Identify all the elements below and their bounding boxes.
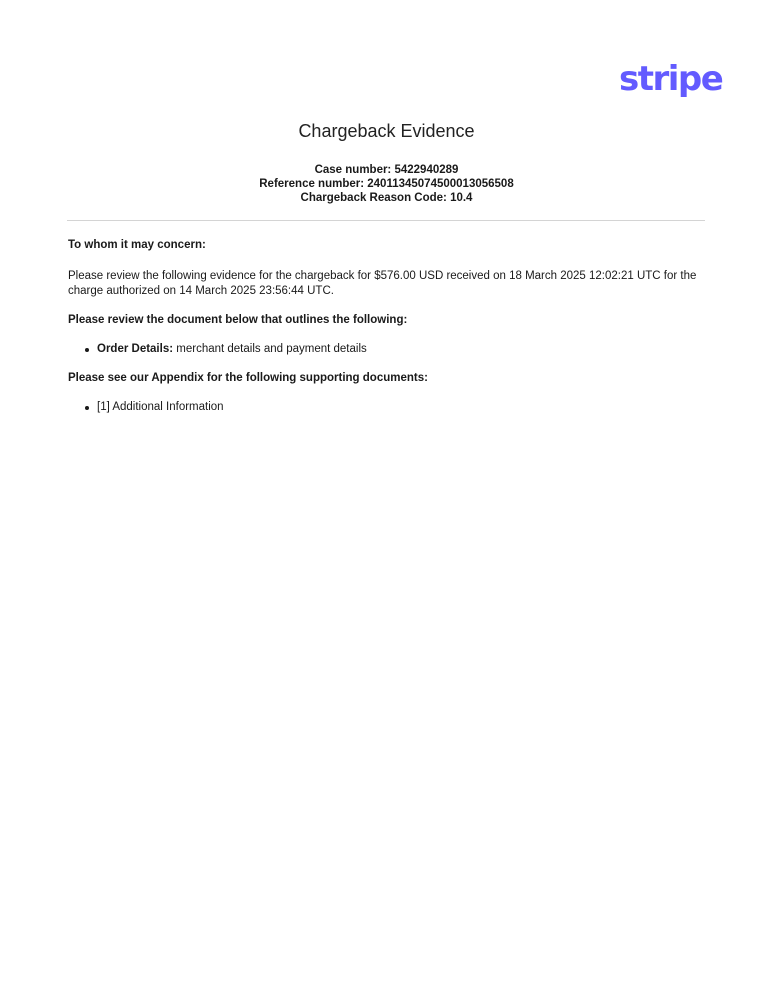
appendix-item-label: [1] Additional Information [97, 401, 224, 413]
appendix-list: [1] Additional Information [68, 400, 708, 415]
list-item-label: Order Details: [97, 343, 173, 355]
intro-paragraph: Please review the following evidence for… [68, 269, 708, 299]
stripe-logo: stripe [619, 62, 722, 96]
outline-heading: Please review the document below that ou… [68, 313, 708, 328]
greeting: To whom it may concern: [68, 238, 708, 253]
list-item: [1] Additional Information [97, 400, 708, 415]
list-item-description: merchant details and payment details [173, 343, 367, 355]
reason-code: Chargeback Reason Code: 10.4 [0, 191, 773, 205]
divider [67, 220, 705, 221]
case-meta: Case number: 5422940289 Reference number… [0, 163, 773, 205]
reference-number: Reference number: 2401134507450001305650… [0, 177, 773, 191]
document-title: Chargeback Evidence [0, 121, 773, 142]
appendix-heading: Please see our Appendix for the followin… [68, 371, 708, 386]
letter-body: To whom it may concern: Please review th… [68, 238, 708, 415]
list-item: Order Details: merchant details and paym… [97, 342, 708, 357]
outline-list: Order Details: merchant details and paym… [68, 342, 708, 357]
case-number: Case number: 5422940289 [0, 163, 773, 177]
